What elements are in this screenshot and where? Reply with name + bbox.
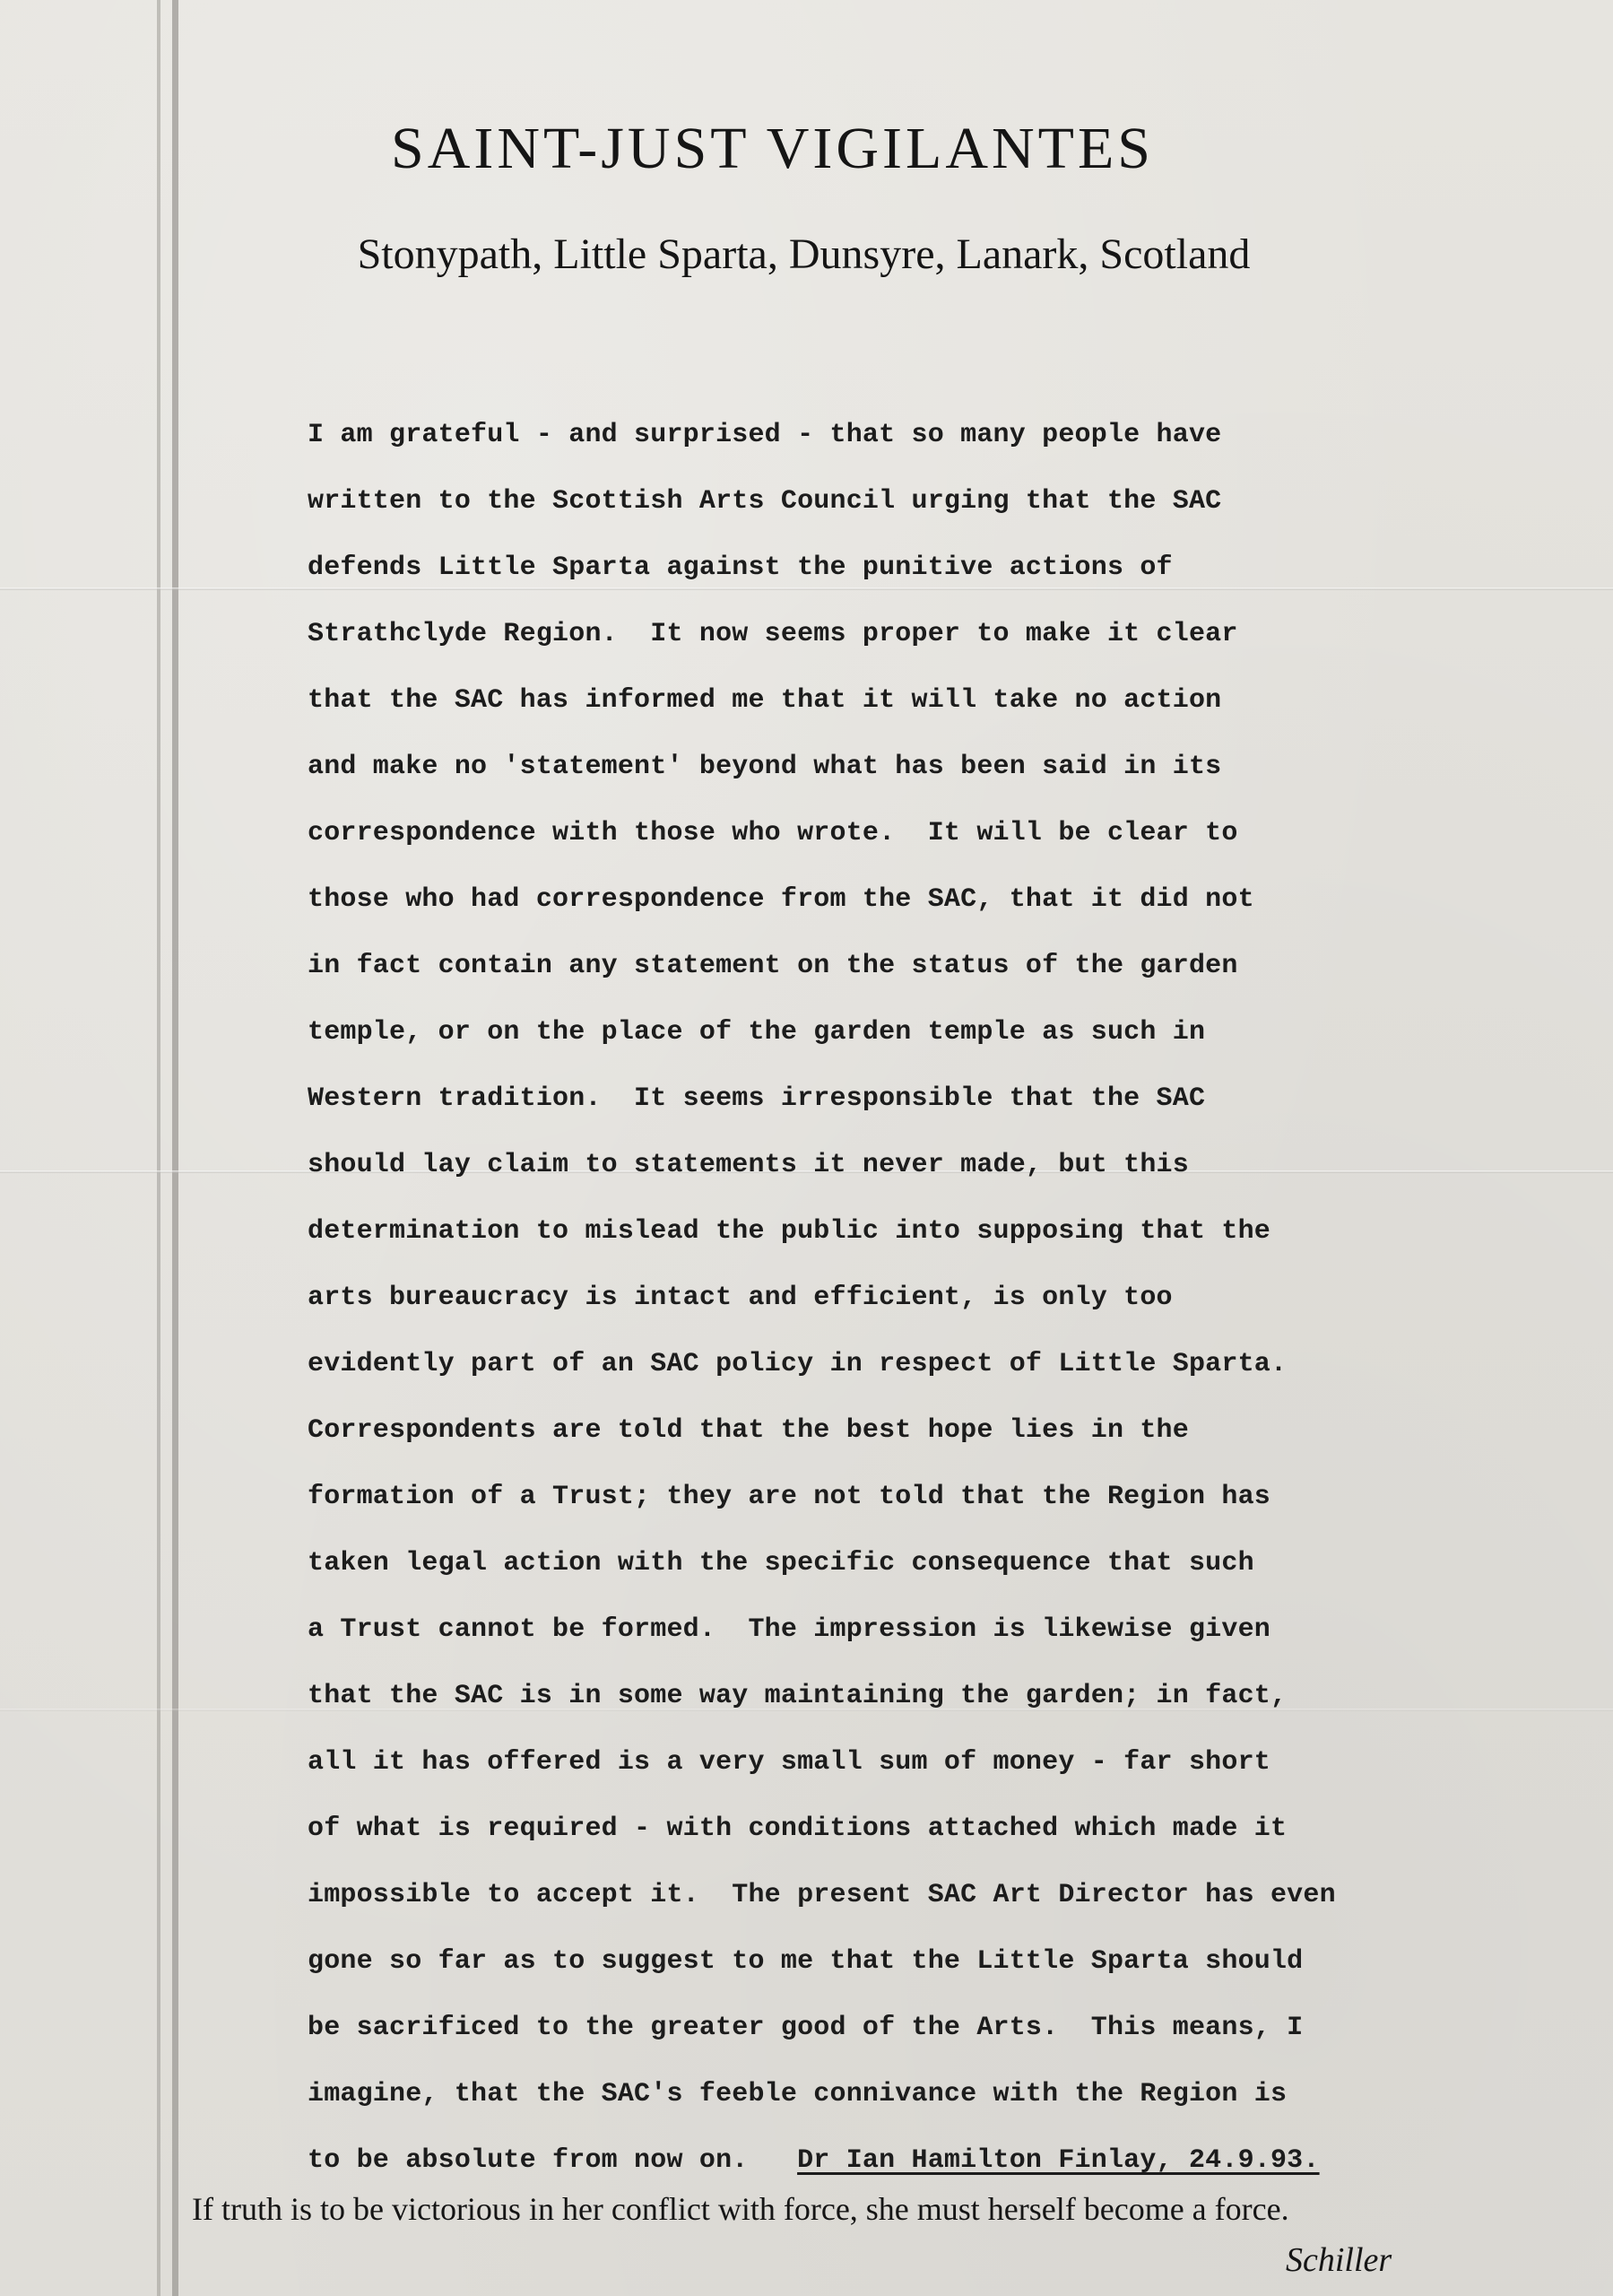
letter-body: I am grateful - and surprised - that so … — [308, 402, 1473, 2194]
body-line: written to the Scottish Arts Council urg… — [308, 468, 1473, 535]
body-line: taken legal action with the specific con… — [308, 1530, 1473, 1596]
body-line-final: to be absolute from now on. Dr Ian Hamil… — [308, 2127, 1473, 2194]
body-line: determination to mislead the public into… — [308, 1198, 1473, 1265]
body-line: be sacrificed to the greater good of the… — [308, 1995, 1473, 2061]
body-line: all it has offered is a very small sum o… — [308, 1729, 1473, 1796]
body-line: evidently part of an SAC policy in respe… — [308, 1331, 1473, 1397]
body-line: imagine, that the SAC's feeble connivanc… — [308, 2061, 1473, 2127]
epigraph-quote: If truth is to be victorious in her conf… — [192, 2190, 1483, 2228]
body-line: arts bureaucracy is intact and efficient… — [308, 1265, 1473, 1331]
body-line: Strathclyde Region. It now seems proper … — [308, 601, 1473, 667]
body-line: Correspondents are told that the best ho… — [308, 1397, 1473, 1464]
body-line: defends Little Sparta against the puniti… — [308, 535, 1473, 601]
body-line: temple, or on the place of the garden te… — [308, 999, 1473, 1065]
body-line: formation of a Trust; they are not told … — [308, 1464, 1473, 1530]
body-line: those who had correspondence from the SA… — [308, 866, 1473, 933]
body-line: and make no 'statement' beyond what has … — [308, 734, 1473, 800]
quote-attribution: Schiller — [1286, 2240, 1392, 2280]
letterhead-title: SAINT-JUST VIGILANTES — [0, 115, 1579, 183]
body-line: that the SAC is in some way maintaining … — [308, 1663, 1473, 1729]
body-line: that the SAC has informed me that it wil… — [308, 667, 1473, 734]
body-line: in fact contain any statement on the sta… — [308, 933, 1473, 999]
body-line: I am grateful - and surprised - that so … — [308, 402, 1473, 468]
closing-text: to be absolute from now on. — [308, 2145, 748, 2176]
body-line: correspondence with those who wrote. It … — [308, 800, 1473, 866]
letterhead-address: Stonypath, Little Sparta, Dunsyre, Lanar… — [0, 230, 1610, 279]
body-line: impossible to accept it. The present SAC… — [308, 1862, 1473, 1928]
body-line: Western tradition. It seems irresponsibl… — [308, 1065, 1473, 1132]
body-line: gone so far as to suggest to me that the… — [308, 1928, 1473, 1995]
body-line: a Trust cannot be formed. The impression… — [308, 1596, 1473, 1663]
signature: Dr Ian Hamilton Finlay, 24.9.93. — [797, 2145, 1320, 2176]
margin-rule-thick — [172, 0, 178, 2296]
body-line: should lay claim to statements it never … — [308, 1132, 1473, 1198]
body-line: of what is required - with conditions at… — [308, 1796, 1473, 1862]
margin-rule-thin — [157, 0, 160, 2296]
